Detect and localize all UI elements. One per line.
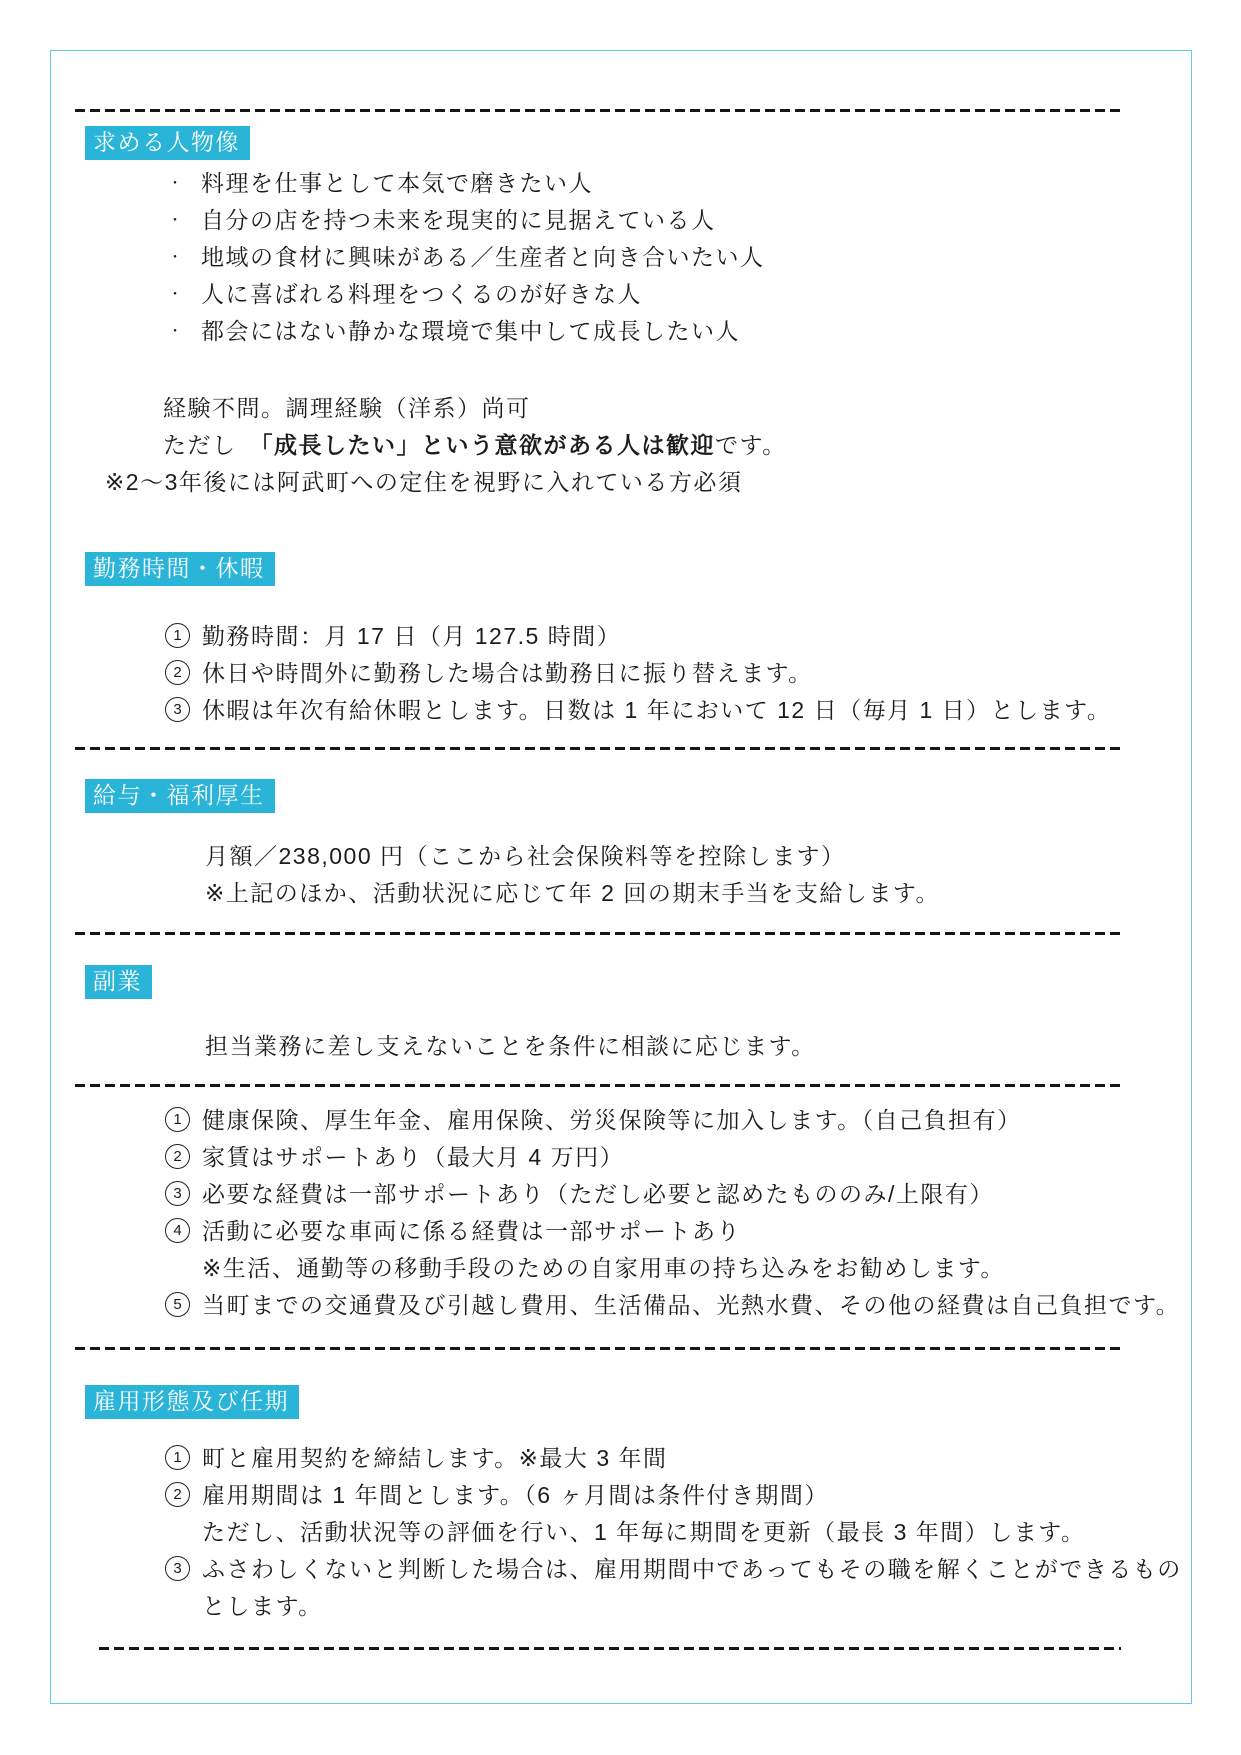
- circled-number-icon: 4: [165, 1218, 190, 1243]
- list-item-text: 当町までの交通費及び引越し費用、生活備品、光熱水費、その他の経費は自己負担です。: [202, 1287, 1191, 1324]
- bullet-icon: ・: [168, 202, 201, 239]
- section-profile-header-row: 求める人物像: [85, 126, 1191, 160]
- separator-line: [75, 932, 1121, 935]
- separator-line: [75, 1347, 1121, 1350]
- salary-block: 月額／238,000 円（ここから社会保険料等を控除します） ※上記のほか、活動…: [51, 838, 1191, 912]
- welcome-note-suffix: です。: [715, 432, 787, 458]
- circled-number-icon: 1: [165, 1107, 190, 1132]
- separator-line: [75, 1084, 1121, 1087]
- section-header-work-hours: 勤務時間・休暇: [85, 552, 275, 586]
- experience-note: 経験不問。調理経験（洋系）尚可: [163, 390, 1191, 427]
- bullet-icon: ・: [168, 239, 201, 276]
- list-item-text: 必要な経費は一部サポートあり（ただし必要と認めたもののみ/上限有）: [202, 1176, 1191, 1213]
- benefits-car-note: ※生活、通勤等の移動手段のための自家用車の持ち込みをお勧めします。: [202, 1250, 1191, 1287]
- list-item-text: 家賃はサポートあり（最大月 4 万円）: [202, 1139, 1191, 1176]
- work-hours-list: 1 勤務時間：月 17 日（月 127.5 時間） 2 休日や時間外に勤務した場…: [51, 618, 1191, 729]
- residence-note: ※2～3年後には阿武町への定住を視野に入れている方必須: [105, 464, 1191, 501]
- list-item: 1 勤務時間：月 17 日（月 127.5 時間）: [51, 618, 1191, 655]
- bullet-icon: ・: [168, 313, 201, 350]
- list-item-text: 勤務時間：月 17 日（月 127.5 時間）: [202, 618, 1191, 655]
- section-employment-header-row: 雇用形態及び任期: [85, 1385, 1191, 1419]
- list-item: ・ 都会にはない静かな環境で集中して成長したい人: [51, 313, 1191, 350]
- list-item: 3 ふさわしくないと判断した場合は、雇用期間中であってもその職を解くことができる…: [51, 1551, 1191, 1625]
- list-item-text: 町と雇用契約を締結します。※最大 3 年間: [202, 1440, 1191, 1477]
- list-item: 2 家賃はサポートあり（最大月 4 万円）: [51, 1139, 1191, 1176]
- bullet-text: 自分の店を持つ未来を現実的に見据えている人: [201, 202, 716, 239]
- list-item: 4 活動に必要な車両に係る経費は一部サポートあり: [51, 1213, 1191, 1250]
- section-header-side-job: 副業: [85, 965, 152, 999]
- circled-number-icon: 3: [165, 1181, 190, 1206]
- section-header-profile: 求める人物像: [85, 126, 250, 160]
- section-header-salary: 給与・福利厚生: [85, 779, 275, 813]
- employment-renewal-note: ただし、活動状況等の評価を行い、1 年毎に期間を更新（最長 3 年間）します。: [202, 1514, 1191, 1551]
- list-item: 2 休日や時間外に勤務した場合は勤務日に振り替えます。: [51, 655, 1191, 692]
- list-item: 2 雇用期間は 1 年間とします。（6 ヶ月間は条件付き期間）: [51, 1477, 1191, 1514]
- separator-line: [75, 109, 1121, 112]
- section-sidejob-header-row: 副業: [85, 965, 1191, 999]
- bullet-text: 地域の食材に興味がある／生産者と向き合いたい人: [201, 239, 765, 276]
- section-header-employment: 雇用形態及び任期: [85, 1385, 299, 1419]
- profile-notes: 経験不問。調理経験（洋系）尚可 ただし 「成長したい」という意欲がある人は歓迎で…: [51, 390, 1191, 501]
- list-item-text: 休暇は年次有給休暇とします。日数は 1 年において 12 日（毎月 1 日）とし…: [202, 692, 1191, 729]
- welcome-note-prefix: ただし: [163, 432, 261, 458]
- salary-amount-line: 月額／238,000 円（ここから社会保険料等を控除します）: [205, 838, 1191, 875]
- list-item: 3 必要な経費は一部サポートあり（ただし必要と認めたもののみ/上限有）: [51, 1176, 1191, 1213]
- bullet-text: 人に喜ばれる料理をつくるのが好きな人: [201, 276, 642, 313]
- welcome-note-bold: 「成長したい」という意欲がある人は歓迎: [261, 432, 715, 458]
- list-item: ・ 料理を仕事として本気で磨きたい人: [51, 165, 1191, 202]
- list-item: ・ 自分の店を持つ未来を現実的に見据えている人: [51, 202, 1191, 239]
- document-page: 求める人物像 ・ 料理を仕事として本気で磨きたい人 ・ 自分の店を持つ未来を現実…: [50, 50, 1192, 1704]
- section-hours-header-row: 勤務時間・休暇: [85, 552, 1191, 586]
- list-item-text: 休日や時間外に勤務した場合は勤務日に振り替えます。: [202, 655, 1191, 692]
- circled-number-icon: 3: [165, 697, 190, 722]
- circled-number-icon: 2: [165, 1482, 190, 1507]
- list-item: 1 町と雇用契約を締結します。※最大 3 年間: [51, 1440, 1191, 1477]
- bullet-icon: ・: [168, 165, 201, 202]
- list-item: 5 当町までの交通費及び引越し費用、生活備品、光熱水費、その他の経費は自己負担で…: [51, 1287, 1191, 1324]
- list-item: 1 健康保険、厚生年金、雇用保険、労災保険等に加入します。（自己負担有）: [51, 1102, 1191, 1139]
- section-salary-header-row: 給与・福利厚生: [85, 779, 1191, 813]
- bullet-text: 料理を仕事として本気で磨きたい人: [201, 165, 593, 202]
- separator-line: [75, 747, 1121, 750]
- list-item: 3 休暇は年次有給休暇とします。日数は 1 年において 12 日（毎月 1 日）…: [51, 692, 1191, 729]
- circled-number-icon: 5: [165, 1292, 190, 1317]
- circled-number-icon: 1: [165, 623, 190, 648]
- list-item: ・ 人に喜ばれる料理をつくるのが好きな人: [51, 276, 1191, 313]
- list-item: ・ 地域の食材に興味がある／生産者と向き合いたい人: [51, 239, 1191, 276]
- salary-bonus-note: ※上記のほか、活動状況に応じて年 2 回の期末手当を支給します。: [205, 875, 1191, 912]
- circled-number-icon: 1: [165, 1445, 190, 1470]
- separator-line: [99, 1647, 1121, 1650]
- list-item-text: 活動に必要な車両に係る経費は一部サポートあり: [202, 1213, 1191, 1250]
- employment-list: 1 町と雇用契約を締結します。※最大 3 年間 2 雇用期間は 1 年間とします…: [51, 1440, 1191, 1625]
- bullet-text: 都会にはない静かな環境で集中して成長したい人: [201, 313, 740, 350]
- welcome-note: ただし 「成長したい」という意欲がある人は歓迎です。: [163, 427, 1191, 464]
- circled-number-icon: 2: [165, 1144, 190, 1169]
- bullet-icon: ・: [168, 276, 201, 313]
- profile-bullet-list: ・ 料理を仕事として本気で磨きたい人 ・ 自分の店を持つ未来を現実的に見据えてい…: [51, 165, 1191, 350]
- benefits-list: 1 健康保険、厚生年金、雇用保険、労災保険等に加入します。（自己負担有） 2 家…: [51, 1102, 1191, 1324]
- list-item-text: 健康保険、厚生年金、雇用保険、労災保険等に加入します。（自己負担有）: [202, 1102, 1191, 1139]
- list-item-text: ふさわしくないと判断した場合は、雇用期間中であってもその職を解くことができるもの…: [202, 1551, 1191, 1625]
- side-job-text: 担当業務に差し支えないことを条件に相談に応じます。: [205, 1028, 1191, 1065]
- circled-number-icon: 3: [165, 1556, 190, 1581]
- circled-number-icon: 2: [165, 660, 190, 685]
- list-item-text: 雇用期間は 1 年間とします。（6 ヶ月間は条件付き期間）: [202, 1477, 1191, 1514]
